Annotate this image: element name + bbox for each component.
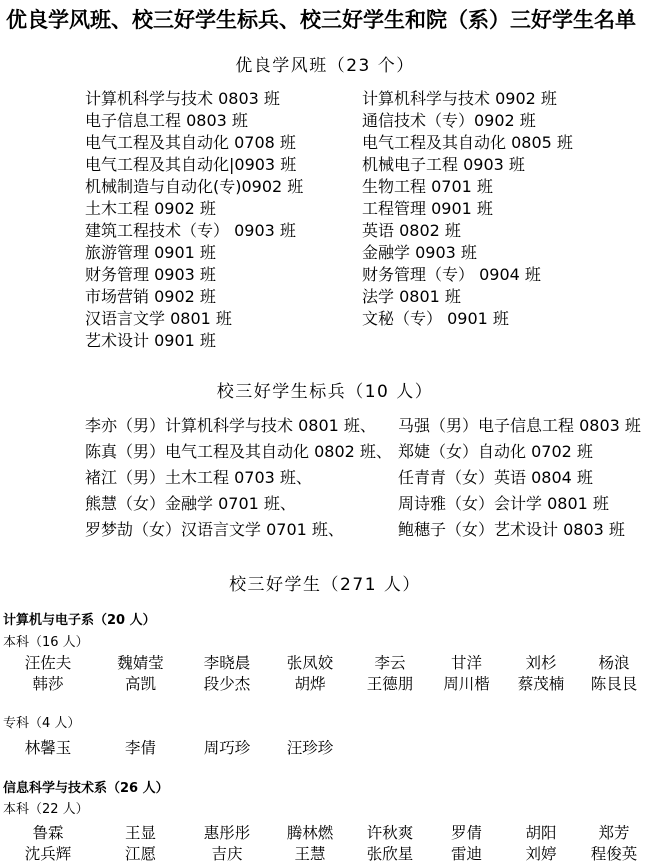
student-name: 林馨玉	[0, 738, 96, 759]
student-name: 胡阳	[504, 823, 578, 844]
student-name: 许秋爽	[351, 823, 429, 844]
class-item: 旅游管理 0901 班	[85, 242, 362, 264]
class-item: 市场营销 0902 班	[85, 286, 362, 308]
excellent-classes-left-column: 计算机科学与技术 0803 班 电子信息工程 0803 班 电气工程及其自动化 …	[85, 88, 362, 352]
student-name: 江愿	[96, 844, 185, 861]
class-item: 计算机科学与技术 0902 班	[362, 88, 573, 110]
class-item: 机械制造与自动化(专)0902 班	[85, 176, 362, 198]
student-name: 雷迪	[429, 844, 504, 861]
student-name: 王慧	[269, 844, 351, 861]
student-name: 周川楷	[429, 674, 504, 695]
section-heading-excellent-classes: 优良学风班（23 个）	[0, 57, 650, 75]
department-heading-computer-electronics: 计算机与电子系（20 人）	[0, 612, 650, 629]
group-label-associate: 专科（4 人）	[0, 715, 650, 732]
student-name: 刘杉	[504, 653, 578, 674]
class-item: 通信技术（专）0902 班	[362, 110, 573, 132]
group-label-undergraduate: 本科（22 人）	[0, 801, 650, 818]
class-item: 电气工程及其自动化|0903 班	[85, 154, 362, 176]
student-name: 程俊英	[578, 844, 650, 861]
excellent-classes-right-column: 计算机科学与技术 0902 班 通信技术（专）0902 班 电气工程及其自动化 …	[362, 88, 573, 352]
student-name: 刘婷	[504, 844, 578, 861]
class-item: 电气工程及其自动化 0708 班	[85, 132, 362, 154]
student-name-grid: 林馨玉 李倩 周巧珍 汪珍珍	[0, 738, 650, 759]
student-name: 腾林燃	[269, 823, 351, 844]
class-item: 英语 0802 班	[362, 220, 573, 242]
class-item: 法学 0801 班	[362, 286, 573, 308]
student-name: 惠彤彤	[185, 823, 269, 844]
class-item: 计算机科学与技术 0803 班	[85, 88, 362, 110]
department-heading-information-science: 信息科学与技术系（26 人）	[0, 780, 650, 797]
class-item: 电子信息工程 0803 班	[85, 110, 362, 132]
student-name: 杨浪	[578, 653, 650, 674]
student-name: 沈兵辉	[0, 844, 96, 861]
model-student-item: 罗梦劼（女）汉语言文学 0701 班、	[85, 517, 398, 543]
student-name: 高凯	[96, 674, 185, 695]
class-item: 艺术设计 0901 班	[85, 330, 362, 352]
model-student-item: 任青青（女）英语 0804 班	[398, 465, 641, 491]
class-item: 财务管理 0903 班	[85, 264, 362, 286]
student-name: 段少杰	[185, 674, 269, 695]
student-name: 蔡茂楠	[504, 674, 578, 695]
student-name: 汪佐夫	[0, 653, 96, 674]
section-heading-school-students: 校三好学生（271 人）	[0, 576, 650, 594]
student-name: 王德朋	[351, 674, 429, 695]
model-student-item: 熊慧（女）金融学 0701 班、	[85, 491, 398, 517]
excellent-classes-list: 计算机科学与技术 0803 班 电子信息工程 0803 班 电气工程及其自动化 …	[0, 88, 650, 352]
class-item: 文秘（专） 0901 班	[362, 308, 573, 330]
class-item: 电气工程及其自动化 0805 班	[362, 132, 573, 154]
student-name: 胡烨	[269, 674, 351, 695]
model-students-right-column: 马强（男）电子信息工程 0803 班 郑婕（女）自动化 0702 班 任青青（女…	[398, 413, 641, 543]
student-name: 吉庆	[185, 844, 269, 861]
student-name: 韩莎	[0, 674, 96, 695]
class-item: 建筑工程技术（专） 0903 班	[85, 220, 362, 242]
class-item: 土木工程 0902 班	[85, 198, 362, 220]
document-title: 优良学风班、校三好学生标兵、校三好学生和院（系）三好学生名单	[0, 0, 650, 31]
model-student-item: 郑婕（女）自动化 0702 班	[398, 439, 641, 465]
student-name: 李晓晨	[185, 653, 269, 674]
model-student-item: 褚江（男）土木工程 0703 班、	[85, 465, 398, 491]
student-name: 甘洋	[429, 653, 504, 674]
student-name: 李云	[351, 653, 429, 674]
class-item: 汉语言文学 0801 班	[85, 308, 362, 330]
section-heading-model-students: 校三好学生标兵（10 人）	[0, 383, 650, 401]
student-name: 郑芳	[578, 823, 650, 844]
class-item: 生物工程 0701 班	[362, 176, 573, 198]
student-name: 魏婧莹	[96, 653, 185, 674]
student-name: 周巧珍	[185, 738, 269, 759]
group-label-undergraduate: 本科（16 人）	[0, 634, 650, 651]
model-student-item: 马强（男）电子信息工程 0803 班	[398, 413, 641, 439]
model-student-item: 李亦（男）计算机科学与技术 0801 班、	[85, 413, 398, 439]
model-students-list: 李亦（男）计算机科学与技术 0801 班、 陈真（男）电气工程及其自动化 080…	[0, 413, 650, 543]
class-item: 机械电子工程 0903 班	[362, 154, 573, 176]
model-student-item: 鲍穗子（女）艺术设计 0803 班	[398, 517, 641, 543]
student-name: 汪珍珍	[269, 738, 351, 759]
model-students-left-column: 李亦（男）计算机科学与技术 0801 班、 陈真（男）电气工程及其自动化 080…	[85, 413, 398, 543]
model-student-item: 周诗雅（女）会计学 0801 班	[398, 491, 641, 517]
student-name: 陈艮艮	[578, 674, 650, 695]
student-name-grid: 汪佐夫 魏婧莹 李晓晨 张凤姣 李云 甘洋 刘杉 杨浪 韩莎 高凯 段少杰 胡烨…	[0, 653, 650, 695]
student-name: 王显	[96, 823, 185, 844]
class-item: 金融学 0903 班	[362, 242, 573, 264]
student-name-grid: 鲁霖 王显 惠彤彤 腾林燃 许秋爽 罗倩 胡阳 郑芳 沈兵辉 江愿 吉庆 王慧 …	[0, 823, 650, 861]
model-student-item: 陈真（男）电气工程及其自动化 0802 班、	[85, 439, 398, 465]
class-item: 财务管理（专） 0904 班	[362, 264, 573, 286]
student-name: 张凤姣	[269, 653, 351, 674]
student-name: 鲁霖	[0, 823, 96, 844]
student-name: 李倩	[96, 738, 185, 759]
class-item: 工程管理 0901 班	[362, 198, 573, 220]
student-name: 张欣星	[351, 844, 429, 861]
student-name: 罗倩	[429, 823, 504, 844]
